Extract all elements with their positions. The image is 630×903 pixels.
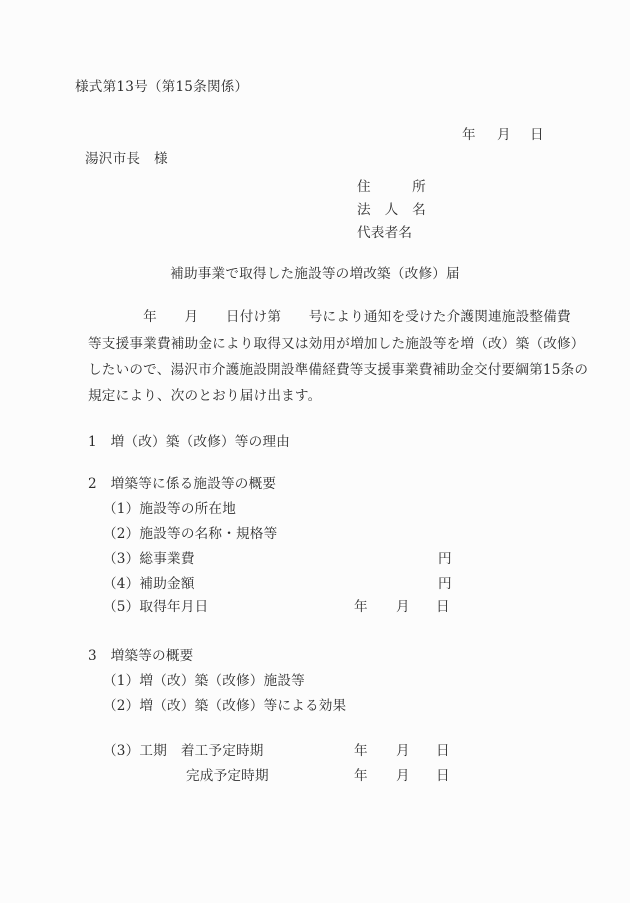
document-title: 補助事業で取得した施設等の増改築（改修）届	[0, 268, 630, 282]
form-page: 様式第13号（第15条関係） 年 月 日 湯沢市長 様 住 所 法 人 名 代表…	[0, 0, 630, 903]
date-day-label: 日	[530, 129, 544, 143]
section-3-item-1: （1）増（改）築（改修）施設等	[103, 675, 305, 689]
section-1-heading: 1 増（改）築（改修）等の理由	[88, 436, 290, 450]
body-paragraph-line-1: 年 月 日付け第 号により通知を受けた介護関連施設整備費	[88, 311, 571, 325]
form-number: 様式第13号（第15条関係）	[75, 81, 248, 95]
section-3-item-3-start-label: （3）工期 着工予定時期	[103, 745, 264, 759]
date-day-label: 日	[436, 601, 450, 615]
date-year-label: 年	[354, 770, 368, 784]
date-month-label: 月	[396, 601, 410, 615]
unit-yen-label: 円	[438, 578, 452, 592]
body-paragraph-line-3: したいので、湯沢市介護施設開設準備経費等支援事業費補助金交付要綱第15条の	[88, 364, 588, 378]
section-2-item-4: （4）補助金額	[103, 578, 195, 592]
date-day-label: 日	[436, 745, 450, 759]
date-month-label: 月	[497, 129, 511, 143]
section-2-item-1: （1）施設等の所在地	[103, 503, 236, 517]
date-month-label: 月	[396, 745, 410, 759]
section-2-item-2: （2）施設等の名称・規格等	[103, 528, 277, 542]
section-3-item-2: （2）増（改）築（改修）等による効果	[103, 700, 346, 714]
sender-address-label: 住 所	[357, 181, 426, 195]
date-day-label: 日	[436, 770, 450, 784]
section-2-item-3: （3）総事業費	[103, 553, 195, 567]
body-paragraph-line-2: 等支援事業費補助金により取得又は効用が増加した施設等を増（改）築（改修）	[88, 338, 585, 352]
date-year-label: 年	[354, 745, 368, 759]
section-2-heading: 2 増築等に係る施設等の概要	[88, 478, 276, 492]
addressee: 湯沢市長 様	[85, 153, 168, 167]
sender-representative-label: 代表者名	[357, 227, 412, 241]
date-year-label: 年	[354, 601, 368, 615]
date-year-label: 年	[462, 129, 476, 143]
body-paragraph-line-4: 規定により、次のとおり届け出ます。	[88, 390, 321, 404]
date-month-label: 月	[396, 770, 410, 784]
section-3-item-3-finish-label: 完成予定時期	[186, 770, 269, 784]
sender-corporation-label: 法 人 名	[357, 204, 426, 218]
unit-yen-label: 円	[438, 553, 452, 567]
section-3-heading: 3 増築等の概要	[88, 650, 193, 664]
section-2-item-5: （5）取得年月日	[103, 601, 208, 615]
